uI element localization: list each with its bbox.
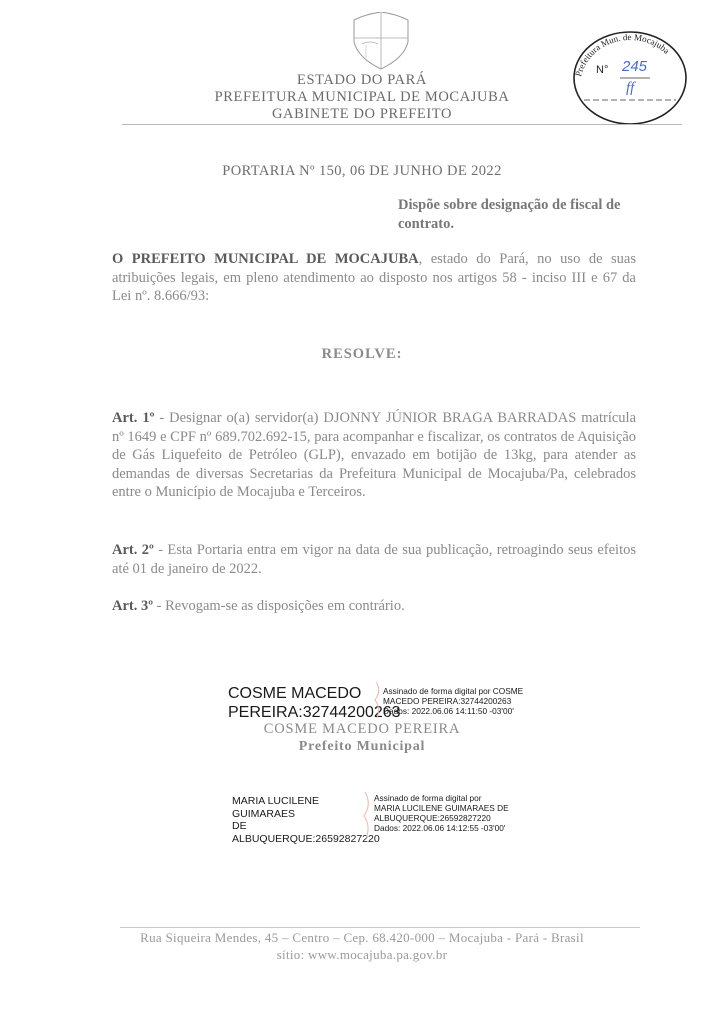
article-label: Art. 3º (112, 598, 153, 614)
signer-role: Prefeito Municipal (0, 739, 724, 755)
article-3: Art. 3º - Revogam-se as disposições em c… (112, 597, 636, 616)
article-label: Art. 2º (112, 542, 154, 558)
article-label: Art. 1º (112, 410, 154, 426)
digital-signature-2-name: MARIA LUCILENE GUIMARAES DE ALBUQUERQUE:… (232, 795, 372, 845)
stamp-initials: ff (626, 80, 634, 97)
article-2: Art. 2º - Esta Portaria entra em vigor n… (112, 541, 636, 578)
article-text: - Designar o(a) servidor(a) DJONNY JÚNIO… (112, 410, 636, 500)
stamp-number: 245 (622, 58, 647, 75)
municipal-crest-icon (346, 12, 416, 70)
article-text: - Esta Portaria entra em vigor na data d… (112, 542, 636, 577)
digital-signature-2-details: Assinado de forma digital por MARIA LUCI… (374, 793, 524, 833)
document-title: PORTARIA Nº 150, 06 DE JUNHO DE 2022 (0, 163, 724, 180)
article-1: Art. 1º - Designar o(a) servidor(a) DJON… (112, 409, 636, 502)
footer-divider (120, 927, 640, 928)
stamp-circle-icon: Prefeitura Mun. de Mocajuba (566, 26, 690, 124)
stamp-number-label: N° (596, 64, 608, 76)
document-ementa: Dispõe sobre designação de fiscal de con… (398, 196, 648, 234)
digital-signature-1-details: Assinado de forma digital por COSME MACE… (383, 686, 543, 716)
article-text: - Revogam-se as disposições em contrário… (153, 598, 405, 614)
footer-website: sítio: www.mocajuba.pa.gov.br (0, 947, 724, 963)
preamble-bold: O PREFEITO MUNICIPAL DE MOCAJUBA (112, 251, 419, 267)
header-divider (122, 124, 682, 125)
signer-name: COSME MACEDO PEREIRA (0, 721, 724, 738)
protocol-stamp: Prefeitura Mun. de Mocajuba N° 245 ff (566, 26, 690, 124)
resolve-heading: RESOLVE: (0, 346, 724, 363)
footer-address: Rua Siqueira Mendes, 45 – Centro – Cep. … (0, 930, 724, 946)
preamble: O PREFEITO MUNICIPAL DE MOCAJUBA, estado… (112, 250, 636, 306)
